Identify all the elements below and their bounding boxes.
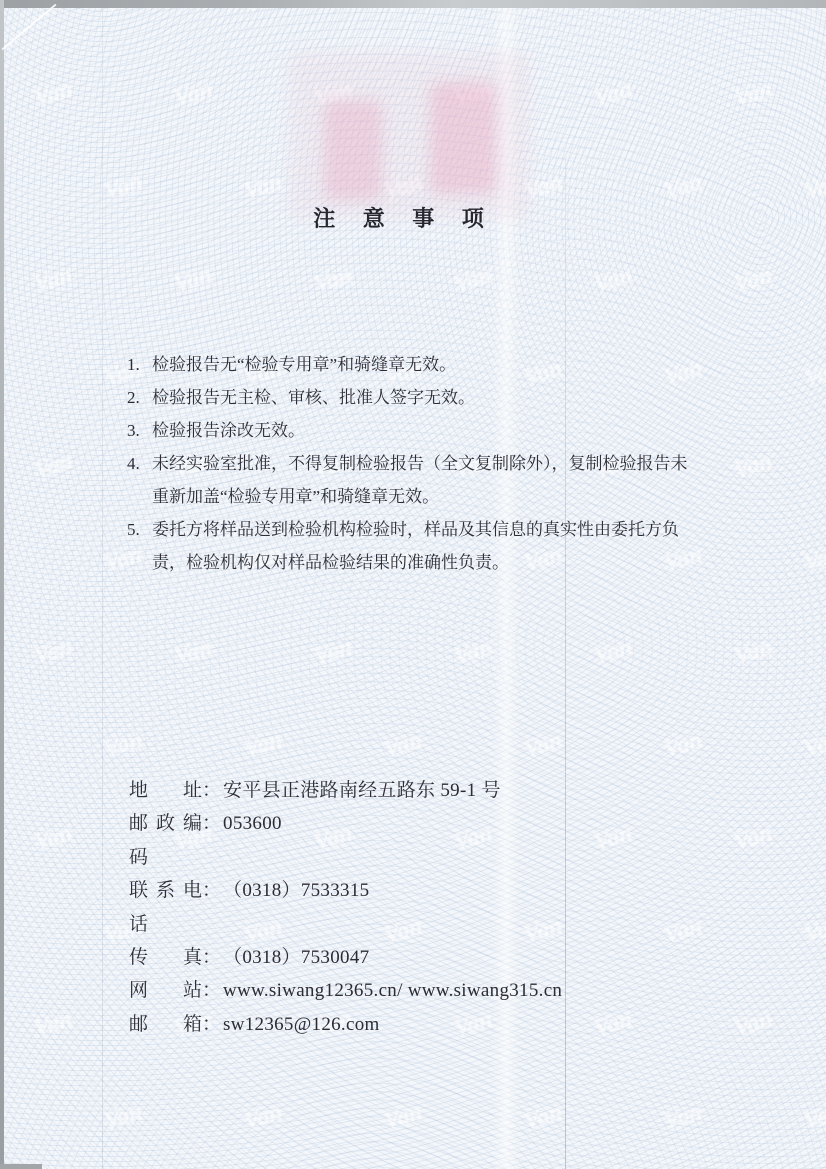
- note-text: 检验报告无“检验专用章”和骑缝章无效。: [152, 348, 703, 381]
- watermark-text: Van: [31, 1006, 76, 1043]
- contact-colon: ：: [202, 807, 221, 874]
- watermark-text: Van: [311, 262, 356, 299]
- watermark-text: Van: [4, 169, 6, 206]
- contact-value: www.siwang12365.cn/ www.siwang315.cn: [221, 974, 689, 1007]
- watermark-text: Van: [731, 634, 776, 671]
- watermark-text: Van: [381, 727, 426, 764]
- watermark-text: Van: [521, 8, 566, 20]
- note-item: 4. 未经实验室批准，不得复制检验报告（全文复制除外），复制检验报告未重新加盖“…: [127, 447, 703, 513]
- contact-colon: ：: [202, 774, 221, 807]
- contact-row-fax: 传真：（0318）7530047: [129, 941, 689, 974]
- contact-colon: ：: [202, 1008, 221, 1041]
- watermark-text: Van: [101, 1099, 146, 1136]
- watermark-text: Van: [661, 8, 706, 20]
- watermark-text: Van: [101, 727, 146, 764]
- watermark-text: Van: [241, 169, 286, 206]
- note-text: 未经实验室批准，不得复制检验报告（全文复制除外），复制检验报告未重新加盖“检验专…: [152, 447, 703, 513]
- watermark-text: Van: [4, 913, 6, 950]
- paper-crease-left: [102, 8, 103, 1169]
- contact-row-website: 网站：www.siwang12365.cn/ www.siwang315.cn: [129, 974, 689, 1007]
- watermark-text: Van: [661, 169, 706, 206]
- watermark-text: Van: [101, 8, 146, 20]
- watermark-text: Van: [731, 1006, 776, 1043]
- note-item: 2. 检验报告无主检、审核、批准人签字无效。: [127, 381, 703, 414]
- watermark-text: Van: [801, 8, 826, 20]
- watermark-text: Van: [731, 448, 776, 485]
- watermark-text: Van: [731, 820, 776, 857]
- watermark-text: Van: [801, 541, 826, 578]
- watermark-text: Van: [521, 1099, 566, 1136]
- watermark-text: Van: [31, 262, 76, 299]
- watermark-text: Van: [241, 8, 286, 20]
- contact-label: 邮政编码: [129, 807, 202, 874]
- contact-label: 邮箱: [129, 1008, 202, 1041]
- contact-block: 地址：安平县正港路南经五路东 59-1 号 邮政编码：053600 联系电话：（…: [129, 774, 689, 1041]
- note-number: 2.: [127, 381, 152, 414]
- note-number: 1.: [127, 348, 152, 381]
- watermark-text: Van: [171, 76, 216, 113]
- watermark-text: Van: [661, 727, 706, 764]
- watermark-text: Van: [241, 1099, 286, 1136]
- contact-row-email: 邮箱：sw12365@126.com: [129, 1008, 689, 1041]
- note-item: 5. 委托方将样品送到检验机构检验时，样品及其信息的真实性由委托方负责，检验机构…: [127, 513, 703, 579]
- watermark-text: Van: [4, 727, 6, 764]
- note-number: 3.: [127, 414, 152, 447]
- watermark-text: Van: [381, 1099, 426, 1136]
- watermark-text: Van: [4, 355, 6, 392]
- watermark-text: Van: [731, 262, 776, 299]
- watermark-text: Van: [801, 1099, 826, 1136]
- watermark-text: Van: [311, 634, 356, 671]
- watermark-text: Van: [4, 1099, 6, 1136]
- contact-value: 053600: [221, 807, 689, 874]
- paper-sheet: VanVanVanVanVanVanVanVanVanVanVanVanVanV…: [4, 8, 826, 1169]
- scanner-edge-top: [0, 0, 826, 8]
- note-item: 3. 检验报告涂改无效。: [127, 414, 703, 447]
- watermark-text: Van: [241, 727, 286, 764]
- contact-row-phone: 联系电话：（0318）7533315: [129, 874, 689, 941]
- note-text: 检验报告涂改无效。: [152, 414, 703, 447]
- note-text: 委托方将样品送到检验机构检验时，样品及其信息的真实性由委托方负责，检验机构仅对样…: [152, 513, 703, 579]
- watermark-text: Van: [521, 727, 566, 764]
- contact-value: sw12365@126.com: [221, 1008, 689, 1041]
- watermark-text: Van: [591, 262, 636, 299]
- note-item: 1. 检验报告无“检验专用章”和骑缝章无效。: [127, 348, 703, 381]
- watermark-text: Van: [381, 8, 426, 20]
- contact-colon: ：: [202, 874, 221, 941]
- watermark-text: Van: [31, 634, 76, 671]
- scanner-edge-bottom-left: [0, 1164, 42, 1169]
- watermark-text: Van: [4, 8, 6, 20]
- watermark-text: Van: [101, 169, 146, 206]
- watermark-text: Van: [31, 820, 76, 857]
- notes-list: 1. 检验报告无“检验专用章”和骑缝章无效。 2. 检验报告无主检、审核、批准人…: [127, 348, 703, 579]
- watermark-text: Van: [4, 541, 6, 578]
- watermark-text: Van: [451, 262, 496, 299]
- watermark-text: Van: [801, 355, 826, 392]
- contact-label: 联系电话: [129, 874, 202, 941]
- scanner-edge-left: [0, 0, 4, 1169]
- watermark-text: Van: [171, 262, 216, 299]
- contact-label: 传真: [129, 941, 202, 974]
- contact-colon: ：: [202, 941, 221, 974]
- contact-label: 网站: [129, 974, 202, 1007]
- watermark-text: Van: [591, 76, 636, 113]
- note-text: 检验报告无主检、审核、批准人签字无效。: [152, 381, 703, 414]
- contact-value: （0318）7533315: [221, 874, 689, 941]
- watermark-text: Van: [661, 1099, 706, 1136]
- note-number: 4.: [127, 447, 152, 513]
- watermark-text: Van: [731, 76, 776, 113]
- watermark-text: Van: [451, 634, 496, 671]
- contact-row-address: 地址：安平县正港路南经五路东 59-1 号: [129, 774, 689, 807]
- watermark-text: Van: [171, 634, 216, 671]
- contact-label: 地址: [129, 774, 202, 807]
- stamp-bleedthrough-left: [324, 100, 382, 200]
- contact-value: 安平县正港路南经五路东 59-1 号: [221, 774, 689, 807]
- watermark-text: Van: [591, 634, 636, 671]
- stamp-bleedthrough-right: [430, 82, 496, 194]
- watermark-text: Van: [31, 76, 76, 113]
- contact-value: （0318）7530047: [221, 941, 689, 974]
- watermark-text: Van: [801, 913, 826, 950]
- scanned-document-page: VanVanVanVanVanVanVanVanVanVanVanVanVanV…: [0, 0, 826, 1169]
- page-title: 注 意 事 项: [4, 202, 804, 233]
- watermark-text: Van: [801, 169, 826, 206]
- contact-row-postal-code: 邮政编码：053600: [129, 807, 689, 874]
- watermark-text: Van: [801, 727, 826, 764]
- note-number: 5.: [127, 513, 152, 579]
- watermark-text: Van: [31, 448, 76, 485]
- contact-colon: ：: [202, 974, 221, 1007]
